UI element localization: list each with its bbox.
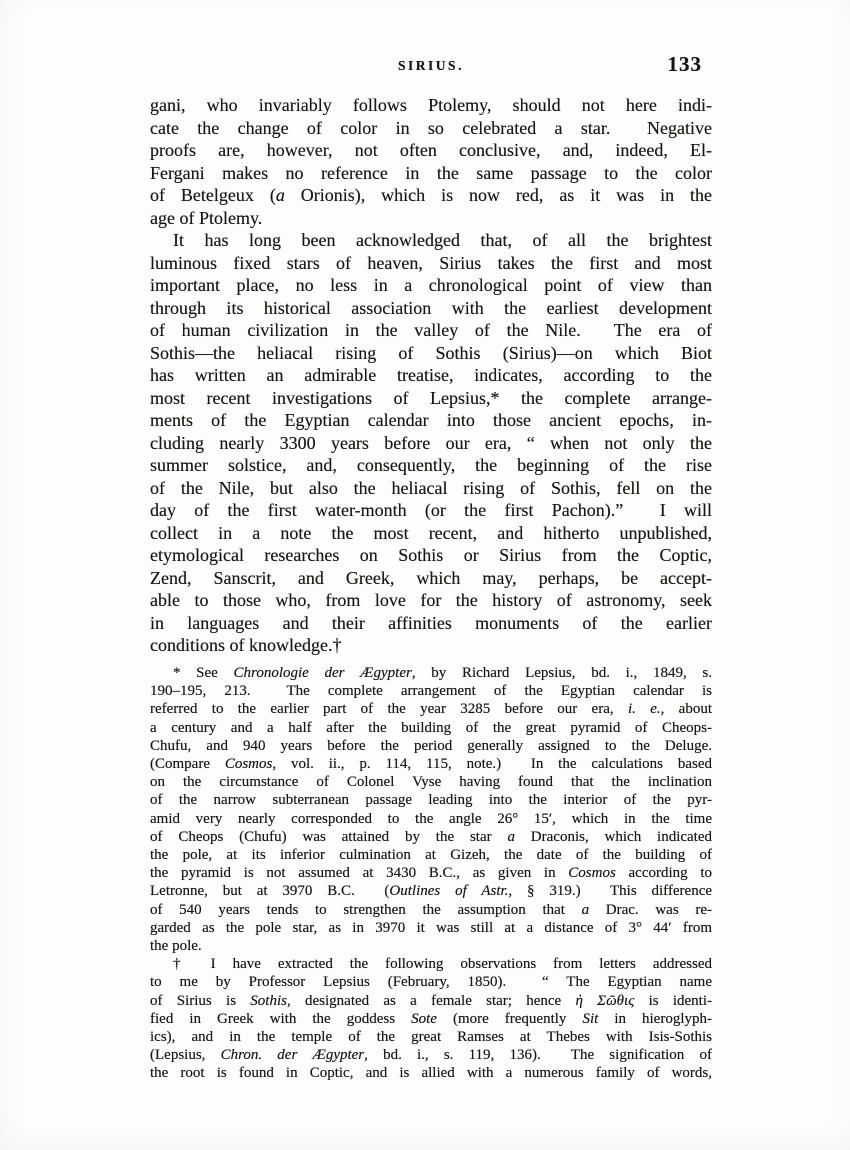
footnote-asterisk-lepsius: * See Chronologie der Ægypter, by Richar… <box>150 664 712 955</box>
text-line: garded as the pole star, as in 3970 it w… <box>150 919 712 937</box>
text-line: of Sirius is Sothis, designated as a fem… <box>150 992 712 1010</box>
text-line: Chufu, and 940 years before the period g… <box>150 737 712 755</box>
text-line: the pole. <box>150 937 712 955</box>
book-page-scan: SIRIUS. 133 gani, who invariably follows… <box>0 0 850 1150</box>
text-line: collect in a note the most recent, and h… <box>150 522 712 545</box>
text-line: the pole, at its inferior culmination at… <box>150 846 712 864</box>
text-line: important place, no less in a chronologi… <box>150 274 712 297</box>
text-line: luminous fixed stars of heaven, Sirius t… <box>150 252 712 275</box>
text-line: ments of the Egyptian calendar into thos… <box>150 409 712 432</box>
text-line: of 540 years tends to strengthen the ass… <box>150 901 712 919</box>
text-line: ics), and in the temple of the great Ram… <box>150 1028 712 1046</box>
text-line: age of Ptolemy. <box>150 207 712 230</box>
text-line: in languages and their affinities monume… <box>150 612 712 635</box>
text-line: of the Nile, but also the heliacal risin… <box>150 477 712 500</box>
text-line: amid very nearly corresponded to the ang… <box>150 810 712 828</box>
running-head: SIRIUS. 133 <box>150 54 712 80</box>
text-line: It has long been acknowledged that, of a… <box>150 229 712 252</box>
text-line: proofs are, however, not often conclusiv… <box>150 139 712 162</box>
text-line: † I have extracted the following observa… <box>150 955 712 973</box>
text-line: cluding nearly 3300 years before our era… <box>150 432 712 455</box>
text-line: the root is found in Coptic, and is alli… <box>150 1064 712 1082</box>
text-line: a century and a half after the building … <box>150 719 712 737</box>
page-number: 133 <box>668 52 703 77</box>
paragraph-sothis-era: It has long been acknowledged that, of a… <box>150 229 712 657</box>
text-line: of the narrow subterranean passage leadi… <box>150 791 712 809</box>
text-line: has written an admirable treatise, indic… <box>150 364 712 387</box>
text-line: (Compare Cosmos, vol. ii., p. 114, 115, … <box>150 755 712 773</box>
text-line: Fergani makes no reference in the same p… <box>150 162 712 185</box>
text-line: through its historical association with … <box>150 297 712 320</box>
page-title: SIRIUS. <box>150 58 712 74</box>
text-line: of Betelgeux (a Orionis), which is now r… <box>150 184 712 207</box>
text-line: the pyramid is not assumed at 3430 B.C.,… <box>150 864 712 882</box>
text-line: able to those who, from love for the his… <box>150 589 712 612</box>
text-line: fied in Greek with the goddess Sote (mor… <box>150 1010 712 1028</box>
text-line: Letronne, but at 3970 B.C. (Outlines of … <box>150 882 712 900</box>
text-line: cate the change of color in so celebrate… <box>150 117 712 140</box>
text-line: (Lepsius, Chron. der Ægypter, bd. i., s.… <box>150 1046 712 1064</box>
text-line: 190–195, 213. The complete arrangement o… <box>150 682 712 700</box>
text-line: on the circumstance of Colonel Vyse havi… <box>150 773 712 791</box>
text-line: etymological researches on Sothis or Sir… <box>150 544 712 567</box>
text-line: day of the first water-month (or the fir… <box>150 499 712 522</box>
body-text: gani, who invariably follows Ptolemy, sh… <box>150 94 712 657</box>
text-line: referred to the earlier part of the year… <box>150 700 712 718</box>
text-line: * See Chronologie der Ægypter, by Richar… <box>150 664 712 682</box>
text-line: Zend, Sanscrit, and Greek, which may, pe… <box>150 567 712 590</box>
text-line: of Cheops (Chufu) was attained by the st… <box>150 828 712 846</box>
text-line: gani, who invariably follows Ptolemy, sh… <box>150 94 712 117</box>
footnote-dagger-egyptian-name: † I have extracted the following observa… <box>150 955 712 1082</box>
footnotes-section: * See Chronologie der Ægypter, by Richar… <box>150 664 712 1083</box>
text-line: most recent investigations of Lepsius,* … <box>150 387 712 410</box>
text-line: summer solstice, and, consequently, the … <box>150 454 712 477</box>
paragraph-fergani-betelgeux: gani, who invariably follows Ptolemy, sh… <box>150 94 712 229</box>
text-line: to me by Professor Lepsius (February, 18… <box>150 973 712 991</box>
text-line: Sothis—the heliacal rising of Sothis (Si… <box>150 342 712 365</box>
text-line: of human civilization in the valley of t… <box>150 319 712 342</box>
text-line: conditions of knowledge.† <box>150 634 712 657</box>
